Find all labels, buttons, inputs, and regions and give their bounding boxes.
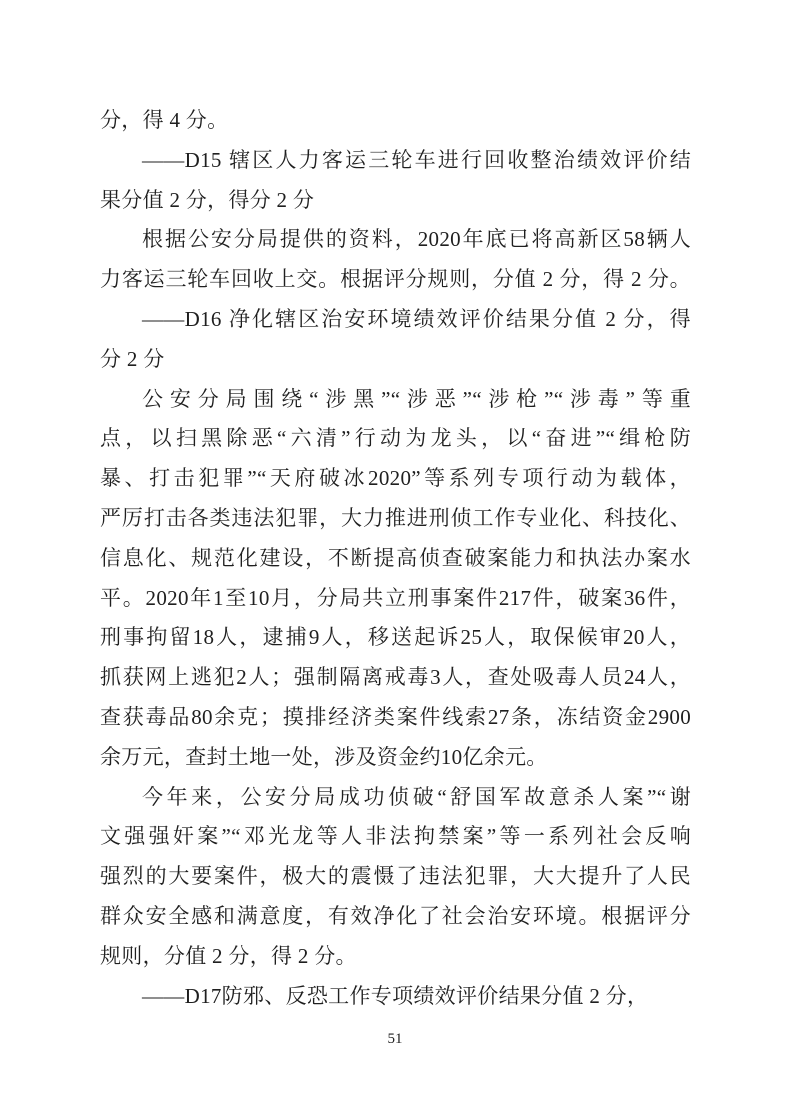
page-text: 分，得 4 分。——D15 辖区人力客运三轮车进行回收整治绩效评价结果分值 2 … xyxy=(100,101,691,1016)
text-line: 抓获网上逃犯2人；强制隔离戒毒3人，查处吸毒人员24人， xyxy=(100,658,691,698)
text-line: 分，得 4 分。 xyxy=(100,101,691,141)
text-line: 分 2 分 xyxy=(100,340,691,380)
text-line: 查获毒品80余克；摸排经济类案件线索27条，冻结资金2900 xyxy=(100,698,691,738)
text-line: 公安分局围绕“涉黑”“涉恶”“涉枪”“涉毒”等重 xyxy=(100,380,691,420)
text-line: ——D17防邪、反恐工作专项绩效评价结果分值 2 分， xyxy=(100,977,691,1017)
text-line: 点，以扫黑除恶“六清”行动为龙头，以“奋进”“缉枪防 xyxy=(100,419,691,459)
document-page: 分，得 4 分。——D15 辖区人力客运三轮车进行回收整治绩效评价结果分值 2 … xyxy=(0,0,790,1118)
text-line: 果分值 2 分，得分 2 分 xyxy=(100,181,691,221)
text-line: 强烈的大要案件，极大的震慑了违法犯罪，大大提升了人民 xyxy=(100,857,691,897)
text-line: 规则，分值 2 分，得 2 分。 xyxy=(100,937,691,977)
text-line: 今年来，公安分局成功侦破“舒国军故意杀人案”“谢 xyxy=(100,778,691,818)
text-line: 文强强奸案”“邓光龙等人非法拘禁案”等一系列社会反响 xyxy=(100,817,691,857)
text-line: 余万元，查封土地一处，涉及资金约10亿余元。 xyxy=(100,738,691,778)
text-line: 暴、打击犯罪”“天府破冰2020”等系列专项行动为载体， xyxy=(100,459,691,499)
text-line: 力客运三轮车回收上交。根据评分规则，分值 2 分，得 2 分。 xyxy=(100,260,691,300)
text-line: 信息化、规范化建设，不断提高侦查破案能力和执法办案水 xyxy=(100,539,691,579)
text-line: ——D15 辖区人力客运三轮车进行回收整治绩效评价结 xyxy=(100,141,691,181)
page-number: 51 xyxy=(0,1031,790,1048)
text-line: 刑事拘留18人，逮捕9人，移送起诉25人，取保候审20人， xyxy=(100,618,691,658)
text-line: 平。2020年1至10月，分局共立刑事案件217件，破案36件， xyxy=(100,579,691,619)
text-line: 群众安全感和满意度，有效净化了社会治安环境。根据评分 xyxy=(100,897,691,937)
text-line: 根据公安分局提供的资料，2020年底已将高新区58辆人 xyxy=(100,220,691,260)
text-line: ——D16 净化辖区治安环境绩效评价结果分值 2 分，得 xyxy=(100,300,691,340)
text-line: 严厉打击各类违法犯罪，大力推进刑侦工作专业化、科技化、 xyxy=(100,499,691,539)
